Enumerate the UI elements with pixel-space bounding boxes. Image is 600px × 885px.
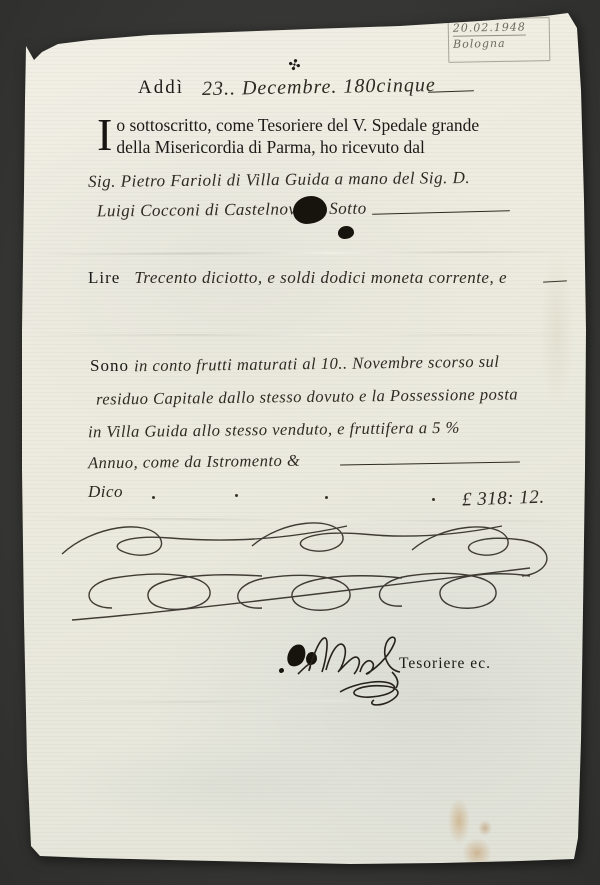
paper-discoloration [60,740,360,830]
pen-stroke [372,210,510,215]
signature-printed-suffix: Tesoriere ec. [399,655,491,673]
date-line: ✣ Addì 23.. Decembre. 180cinque [138,76,498,99]
pen-dot [432,498,435,501]
intro-line1: o sottoscritto, come Tesoriere del V. Sp… [116,115,479,135]
date-handwritten: 23.. Decembre. 180cinque [202,74,436,101]
ink-blot [279,668,284,673]
intro-paragraph: I o sottoscritto, come Tesoriere del V. … [97,114,527,158]
payer-line1: Sig. Pietro Farioli di Villa Guida a man… [88,168,470,192]
reason-line4: Annuo, come da Istromento & [88,451,300,474]
document-scan: 20.02.1948 Bologna ✣ Addì 23.. Decembre.… [0,0,600,885]
cross-ornament-icon: ✣ [286,55,303,77]
annotation-place: Bologna [453,36,545,51]
pen-stroke [340,461,520,466]
paper-discoloration [540,250,574,410]
amount-printed-prefix: Lire [88,268,120,287]
reason-printed-prefix: Sono [90,356,129,376]
dico-label: Dico [88,482,123,502]
paper-crease [30,334,575,336]
date-printed-prefix: Addì [138,77,184,98]
paper-crease [30,251,575,256]
pen-dot [152,496,155,499]
annotation-date: 20.02.1948 [453,21,526,37]
ink-blot [338,226,354,239]
flourish-swirls [52,516,552,626]
amount-line: Lire Trecento diciotto, e soldi dodici m… [88,268,507,288]
intro-initial: I [97,116,112,154]
pencil-annotation: 20.02.1948 Bologna [448,17,551,63]
ink-blot [293,196,327,224]
paper-sheet: 20.02.1948 Bologna ✣ Addì 23.. Decembre.… [0,0,600,885]
total-figure: £ 318: 12. [462,487,545,512]
reason-line2: residuo Capitale dallo stesso dovuto e l… [96,384,518,409]
reason-line3: in Villa Guida allo stesso venduto, e fr… [88,418,460,443]
reason-line1: in conto frutti maturati al 10.. Novembr… [134,352,500,376]
intro-line2: della Misericordia di Parma, ho ricevuto… [116,137,425,157]
foxing-stain [448,798,470,844]
foxing-stain [462,838,492,868]
pen-dot [325,496,328,499]
amount-handwritten: Trecento diciotto, e soldi dodici moneta… [134,268,507,287]
foxing-stain [478,820,492,836]
pen-dot [235,494,238,497]
